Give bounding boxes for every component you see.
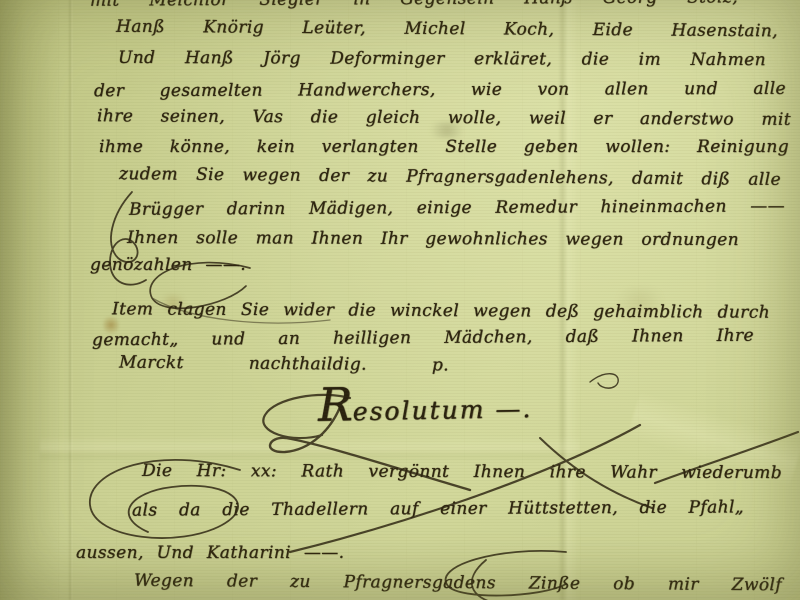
manuscript-line: Ihnen solle man Ihnen Ihr gewohnliches w… — [127, 228, 739, 251]
manuscript-line: Hanß Knörig Leüter, Michel Koch, Eide Ha… — [116, 17, 778, 43]
manuscript-line: genözahlen ——. — [90, 255, 410, 276]
manuscript-line: ihme könne, kein verlangten Stelle geben… — [99, 137, 789, 158]
manuscript-line: Die Hr: xx: Rath vergönnt Ihnen ihre Wah… — [142, 461, 782, 484]
manuscript-line: ihre seinen, Vas die gleich wolle, weil … — [97, 106, 791, 131]
manuscript-line: gemacht„ und an heilligen Mädchen, daß I… — [92, 326, 754, 352]
manuscript-line: Und Hanß Jörg Deforminger erkläret, die … — [118, 48, 766, 72]
manuscript-line: Item clagen Sie wider die winckel wegen … — [112, 299, 770, 324]
resolutum-heading: Resolutum —. — [318, 374, 533, 432]
manuscript-photo: mit Melchior Siegler in Gegensein Hanß G… — [0, 0, 800, 600]
horizontal-fold-crease — [40, 436, 580, 462]
manuscript-line: Wegen der zu Pfragnersgadens Zinße ob mi… — [134, 571, 782, 597]
manuscript-line: der gesamelten Handwerchers, wie von all… — [94, 79, 786, 103]
flourish-small-curl — [590, 374, 618, 388]
vertical-fold-crease-left — [68, 0, 73, 600]
manuscript-line: Brügger darinn Mädigen, einige Remedur h… — [129, 196, 785, 221]
manuscript-line: zudem Sie wegen der zu Pfragnersgadenleh… — [119, 164, 781, 191]
manuscript-line: mit Melchior Siegler in Gegensein Hanß G… — [90, 0, 738, 12]
manuscript-line: als da die Thadellern auf einer Hüttstet… — [132, 497, 744, 521]
manuscript-line: Marckt nachthaildig. p. — [119, 353, 449, 377]
manuscript-line: aussen, Und Katharini ——. — [76, 543, 506, 564]
